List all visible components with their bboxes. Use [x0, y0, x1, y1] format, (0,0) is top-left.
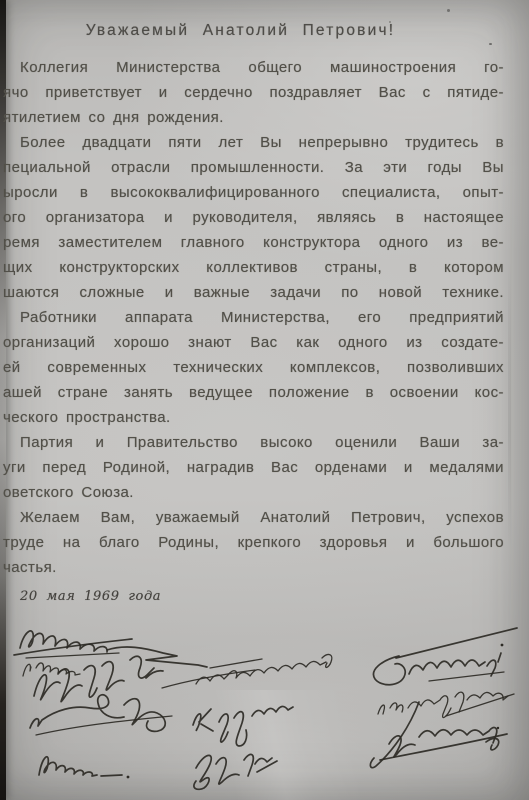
letter-line: ремя заместителем главного конструктора … — [3, 230, 504, 255]
letter-line: пециальной отрасли промышленности. За эт… — [3, 155, 504, 180]
letter-line: шаются сложные и важные задачи по новой … — [3, 280, 504, 305]
signature-9 — [378, 692, 514, 717]
letter-line: ческого пространства. — [3, 405, 504, 430]
letter-line: ятилетием со дня рождения. — [3, 105, 504, 130]
signatures-block — [0, 598, 529, 800]
signature-6 — [193, 706, 293, 746]
letter-line: Желаем Вам, уважаемый Анатолий Петрович,… — [3, 505, 504, 530]
signature-3 — [34, 655, 332, 702]
scanned-letter-page: Уважаемый Анатолий Петрович! Коллегия Ми… — [0, 0, 529, 800]
letter-line: ячо приветствует и сердечно поздравляет … — [3, 80, 504, 105]
signature-10 — [370, 702, 507, 768]
letter-line: уги перед Родиной, наградив Вас орденами… — [3, 455, 504, 480]
letter-line: оветского Союза. — [3, 480, 504, 505]
signature-7 — [194, 754, 277, 789]
letter-line: труде на благо Родины, крепкого здоровья… — [3, 530, 504, 555]
letter-line: Более двадцати пяти лет Вы непрерывно тр… — [3, 130, 504, 155]
page-crease — [508, 260, 511, 550]
signature-5 — [39, 757, 129, 779]
letter-line: Работники аппарата Министерства, его пре… — [3, 305, 504, 330]
letter-heading: Уважаемый Анатолий Петрович! — [3, 21, 478, 41]
letter-line: щих конструкторских коллективов страны, … — [3, 255, 504, 280]
letter-line: организаций хорошо знают Вас как одного … — [3, 330, 504, 355]
signature-8 — [374, 628, 517, 685]
letter-line: частья. — [3, 555, 504, 580]
signature-4 — [30, 695, 172, 735]
letter-line: Коллегия Министерства общего машинострое… — [3, 55, 504, 80]
letter-body: Уважаемый Анатолий Петрович! Коллегия Ми… — [3, 0, 504, 604]
letter-line: ыросли в высококвалифицированного специа… — [3, 180, 504, 205]
letter-line: ашей стране занять ведущее положение в о… — [3, 380, 504, 405]
letter-line: Партия и Правительство высоко оценили Ва… — [3, 430, 504, 455]
letter-line: ей современных технических комплексов, п… — [3, 355, 504, 380]
letter-line: ого организатора и руководителя, являясь… — [3, 205, 504, 230]
